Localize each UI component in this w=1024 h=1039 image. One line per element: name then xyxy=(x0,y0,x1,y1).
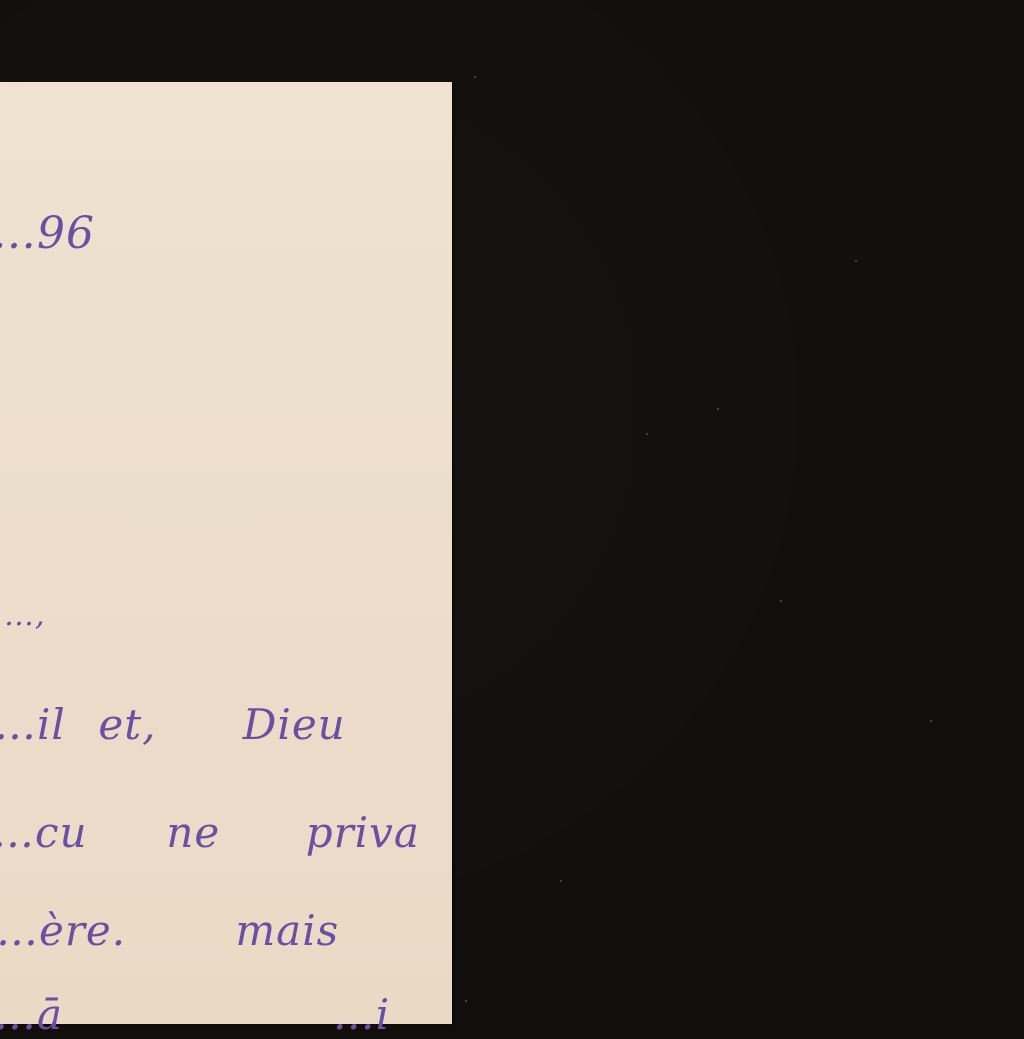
word: …cu xyxy=(0,808,152,857)
dust-speck xyxy=(474,76,476,78)
word: Dieu xyxy=(243,700,346,749)
letter-date: …96 xyxy=(0,208,95,259)
dust-speck xyxy=(560,880,562,882)
handwritten-line-3: …ère. mais xyxy=(0,906,339,955)
word: priva xyxy=(306,808,420,857)
dust-speck xyxy=(780,600,782,602)
dust-speck xyxy=(646,433,648,435)
date-text: …96 xyxy=(0,208,95,259)
dust-speck xyxy=(717,408,719,410)
handwritten-line-1: …il et, Dieu xyxy=(0,700,346,749)
word: et, xyxy=(98,700,228,749)
word: mais xyxy=(235,906,339,955)
word: …ā xyxy=(0,990,244,1024)
handwritten-line-4-cropped: …ā …i xyxy=(0,990,390,1024)
dust-speck xyxy=(855,260,857,262)
dust-speck xyxy=(465,1000,467,1002)
word: …il xyxy=(0,700,84,749)
word: …ère. xyxy=(0,906,221,955)
handwritten-line-2: …cu ne priva xyxy=(0,808,420,857)
word: …i xyxy=(333,990,390,1024)
salutation-fragment: …, xyxy=(4,598,46,633)
word: ne xyxy=(166,808,291,857)
dust-speck xyxy=(930,720,932,722)
